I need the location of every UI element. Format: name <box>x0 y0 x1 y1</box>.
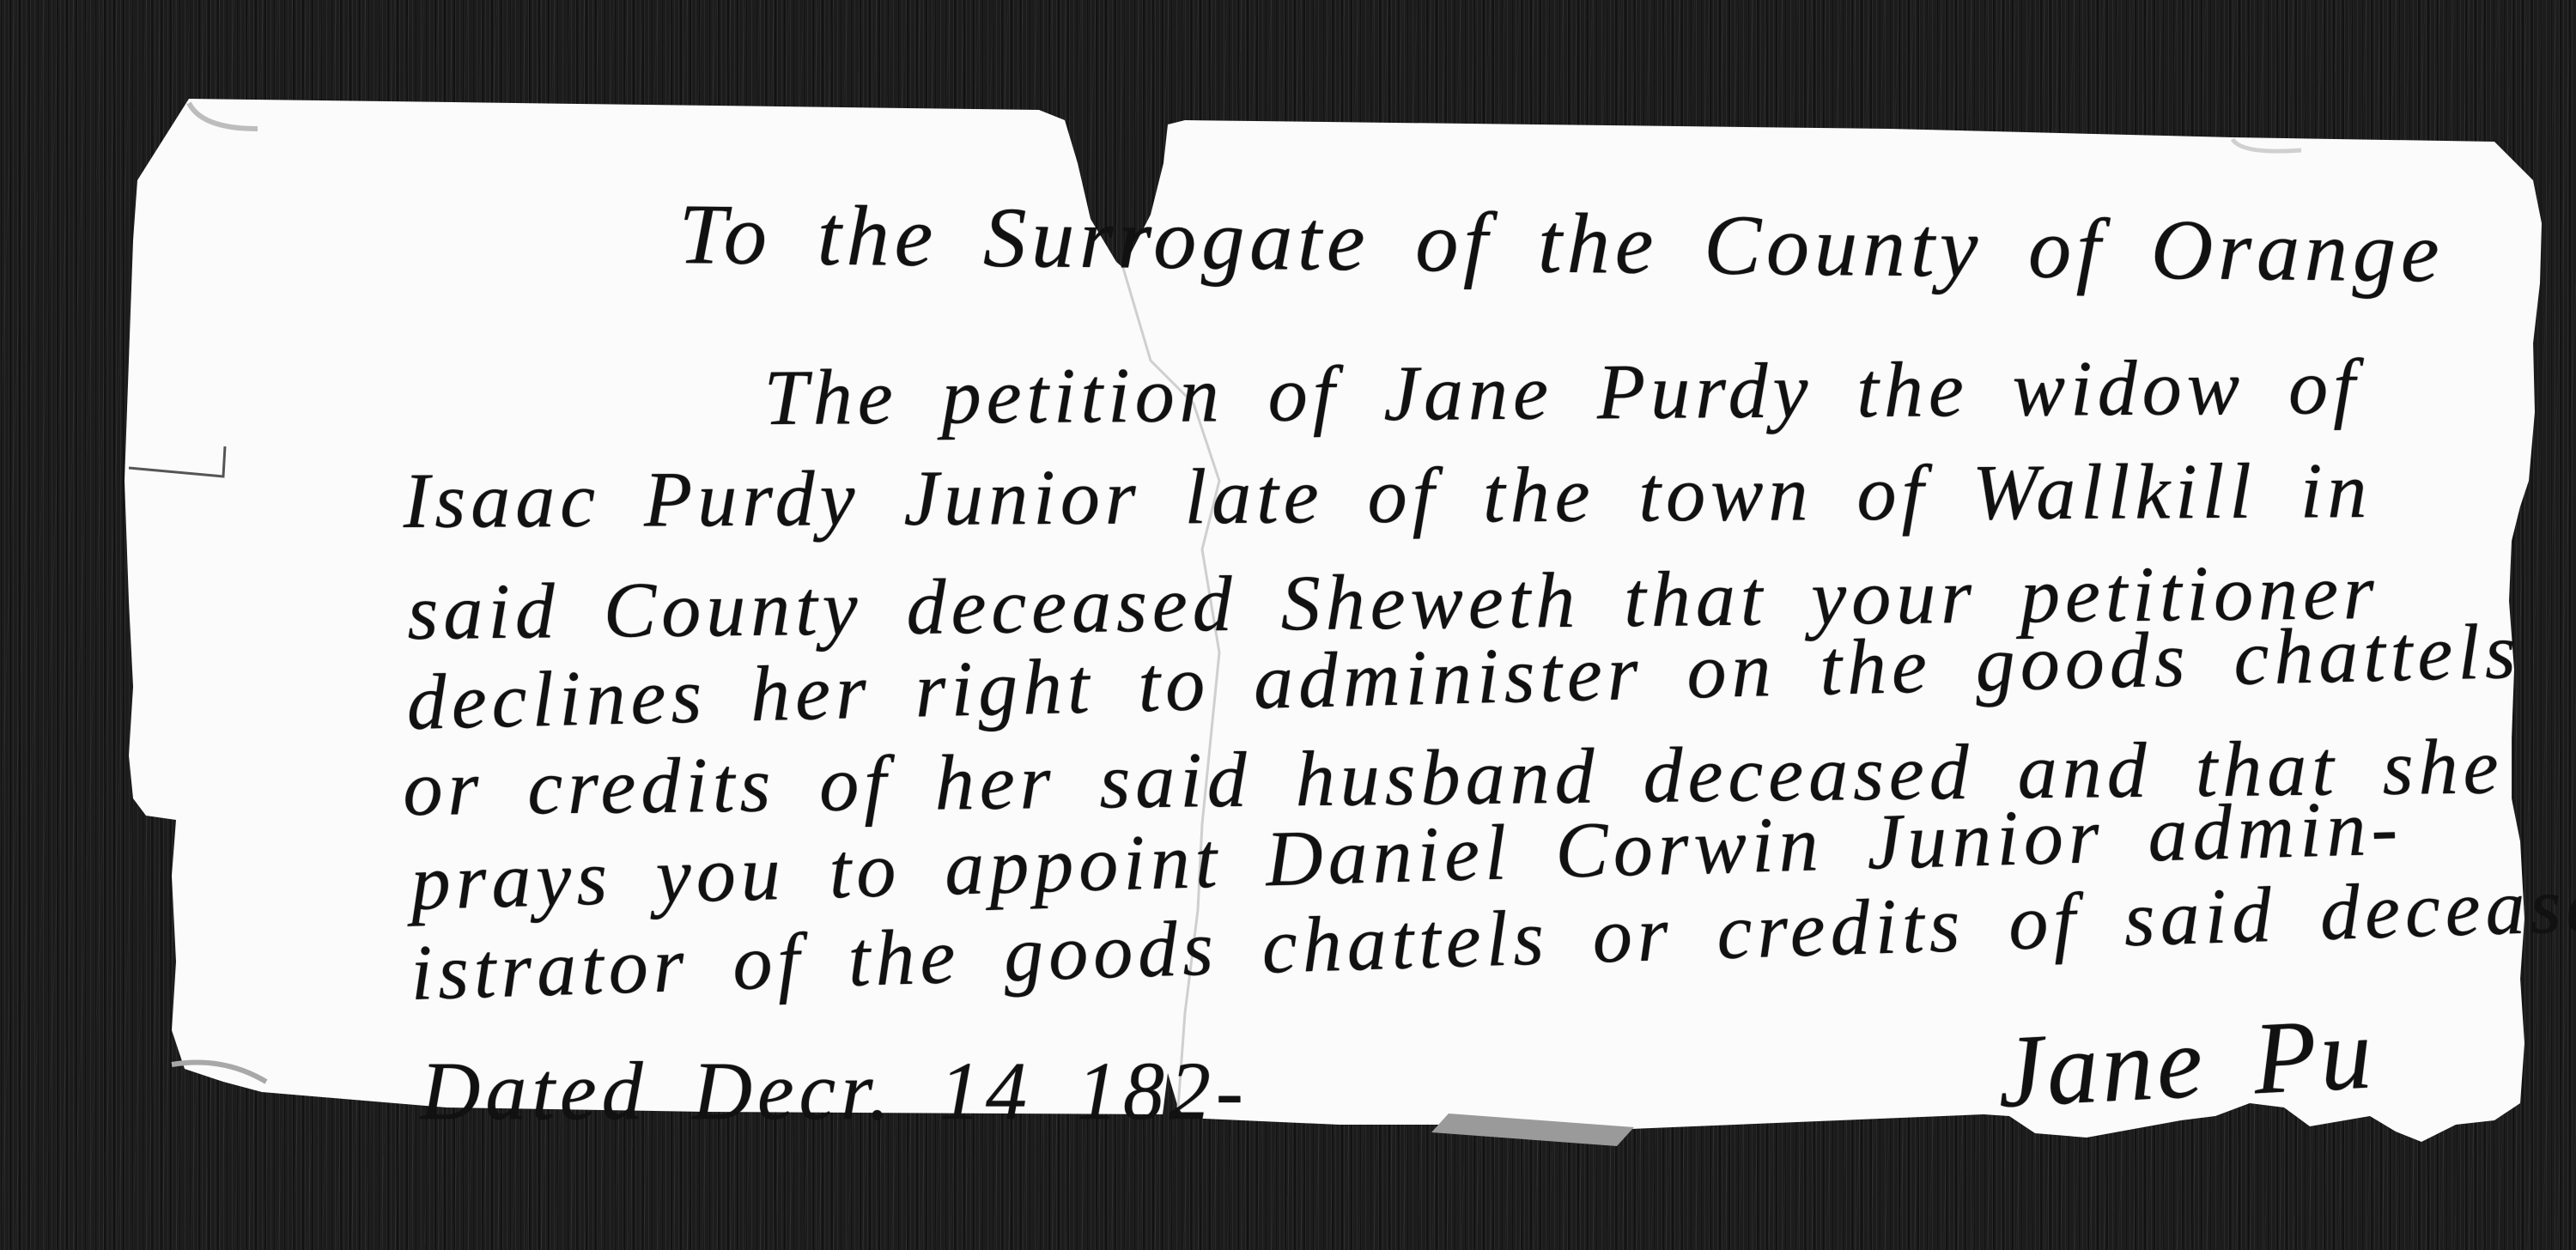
body-line-2: Isaac Purdy Junior late of the town of W… <box>403 445 2372 546</box>
document-heading: To the Surrogate of the County of Orange <box>678 185 2445 302</box>
date-line: Dated Decr. 14 182- <box>421 1043 1249 1138</box>
signature: Jane Pu <box>1995 993 2378 1132</box>
scanned-document: To the Surrogate of the County of Orange… <box>0 0 2576 1250</box>
body-line-1: The petition of Jane Purdy the widow of <box>763 341 2360 443</box>
